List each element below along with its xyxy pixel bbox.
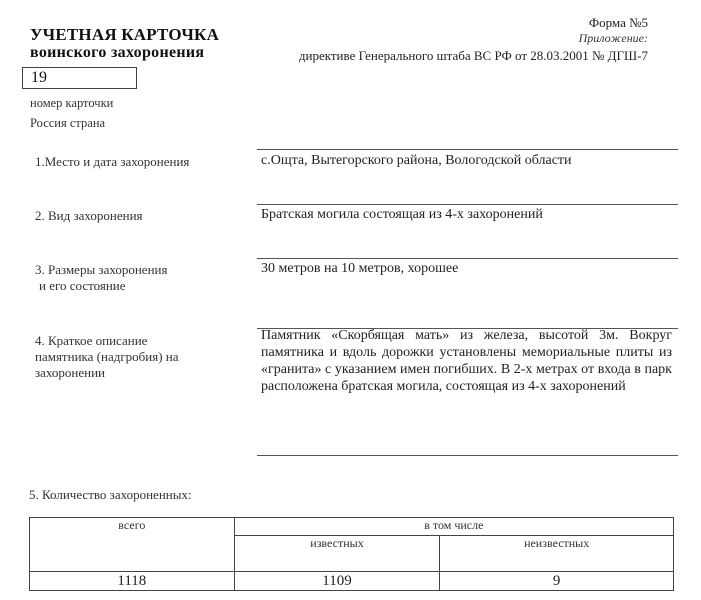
field-label-line: 3. Размеры захоронения bbox=[35, 262, 167, 278]
field-value-burial-type: Братская могила состоящая из 4-х захорон… bbox=[261, 207, 543, 223]
burial-count-table: всего в том числе известных неизвестных … bbox=[29, 517, 674, 591]
field-label-burial-place: 1.Место и дата захоронения bbox=[35, 154, 189, 170]
field-label-burial-type: 2. Вид захоронения bbox=[35, 208, 143, 224]
value-total: 1118 bbox=[30, 572, 235, 591]
field-rule bbox=[257, 455, 678, 456]
header-unknown: неизвестных bbox=[440, 536, 674, 572]
field-rule bbox=[257, 258, 678, 259]
appendix-label: Приложение: bbox=[579, 31, 648, 46]
value-unknown: 9 bbox=[440, 572, 674, 591]
burial-count-label: 5. Количество захороненных: bbox=[29, 487, 192, 503]
card-subtitle: воинского захоронения bbox=[30, 44, 204, 62]
field-rule bbox=[257, 204, 678, 205]
field-value-monument-description: Памятник «Скорбящая мать» из железа, выс… bbox=[261, 327, 672, 395]
card-number: 19 bbox=[31, 69, 47, 87]
card-number-label: номер карточки bbox=[30, 96, 113, 111]
header-including: в том числе bbox=[234, 518, 673, 536]
header-known: известных bbox=[234, 536, 440, 572]
field-label-monument-description: 4. Краткое описание памятника (надгробия… bbox=[35, 333, 179, 381]
value-known: 1109 bbox=[234, 572, 440, 591]
card-title: УЧЕТНАЯ КАРТОЧКА bbox=[30, 25, 219, 45]
field-label-size-condition: 3. Размеры захоронения и его состояние bbox=[35, 262, 167, 294]
field-label-line: 4. Краткое описание bbox=[35, 333, 179, 349]
field-label-line: памятника (надгробия) на bbox=[35, 349, 179, 365]
field-value-size-condition: 30 метров на 10 метров, хорошее bbox=[261, 261, 458, 277]
field-label-line: захоронении bbox=[35, 365, 179, 381]
header-total: всего bbox=[30, 518, 235, 572]
directive-reference: директиве Генерального штаба ВС РФ от 28… bbox=[299, 48, 648, 64]
field-rule bbox=[257, 149, 678, 150]
field-label-line: и его состояние bbox=[35, 278, 167, 294]
field-value-burial-place: с.Ощта, Вытегорского района, Вологодской… bbox=[261, 153, 572, 169]
country-line: Россия страна bbox=[30, 116, 105, 131]
form-number: Форма №5 bbox=[589, 15, 648, 31]
